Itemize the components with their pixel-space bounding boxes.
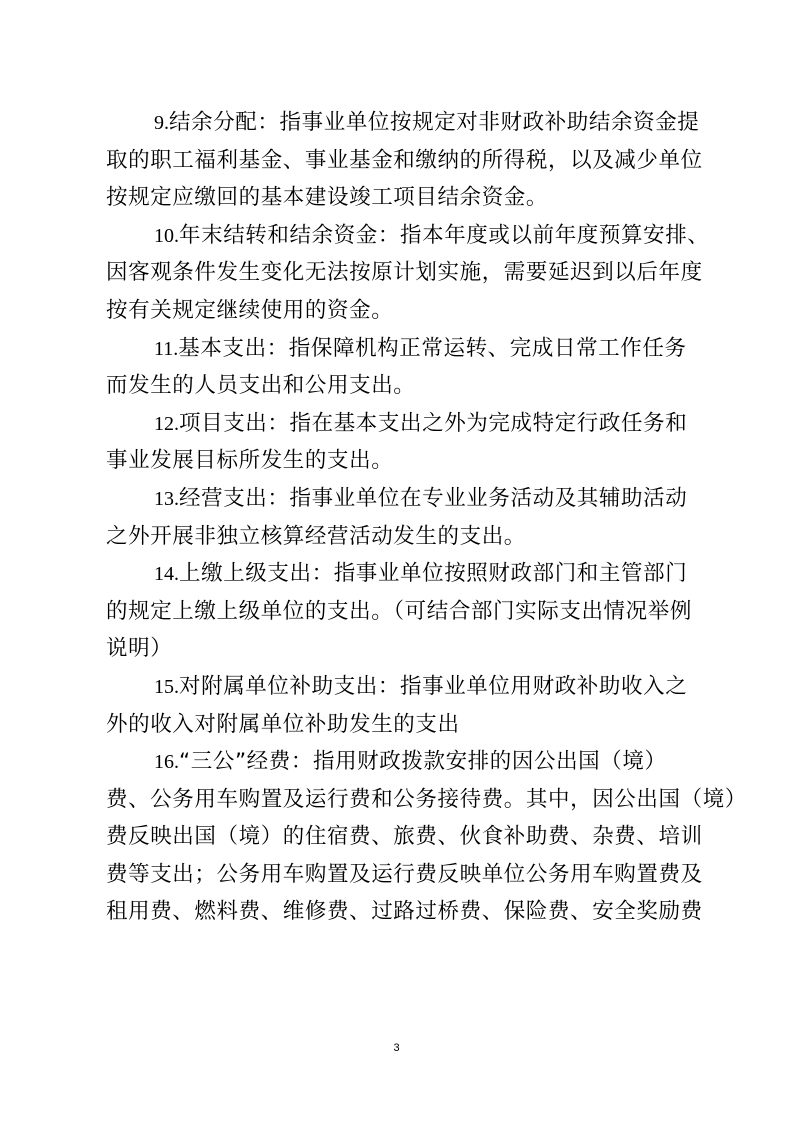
line-text: 项目支出：指在基本支出之外为完成特定行政任务和 (179, 411, 687, 436)
document-body: 9.结余分配：指事业单位按规定对非财政补助结余资金提 取的职工福利基金、事业基金… (106, 104, 682, 931)
line-text: 而发生的人员支出和公用支出。 (106, 373, 415, 398)
document-page: 9.结余分配：指事业单位按规定对非财政补助结余资金提 取的职工福利基金、事业基金… (0, 0, 793, 1122)
item-number: 12. (154, 413, 179, 435)
line-text: 费、公务用车购置及运行费和公务接待费。其中，因公出国（境） (106, 787, 747, 812)
definition-item-11: 11.基本支出：指保障机构正常运转、完成日常工作任务 而发生的人员支出和公用支出… (106, 330, 682, 405)
line-text: 结余分配：指事业单位按规定对非财政补助结余资金提 (169, 110, 699, 135)
item-number: 15. (154, 676, 179, 698)
page-number: 3 (0, 1042, 793, 1054)
item-number: 11. (154, 338, 178, 360)
definition-item-13: 13.经营支出：指事业单位在专业业务活动及其辅助活动 之外开展非独立核算经营活动… (106, 480, 682, 555)
paragraph-first-line: 16.“三公”经费：指用财政拨款安排的因公出国（境） (106, 743, 682, 781)
line-text: 费反映出国（境）的住宿费、旅费、伙食补助费、杂费、培训 (106, 824, 703, 849)
paragraph-line: 之外开展非独立核算经营活动发生的支出。 (106, 518, 682, 556)
line-text: 取的职工福利基金、事业基金和缴纳的所得税，以及减少单位 (106, 148, 703, 173)
line-text: 按有关规定继续使用的资金。 (106, 298, 393, 323)
paragraph-first-line: 10.年末结转和结余资金：指本年度或以前年度预算安排、 (106, 217, 682, 255)
line-text: 对附属单位补助支出：指事业单位用财政补助收入之 (179, 674, 687, 699)
paragraph-line: 租用费、燃料费、维修费、过路过桥费、保险费、安全奖励费 (106, 893, 682, 931)
definition-item-12: 12.项目支出：指在基本支出之外为完成特定行政任务和 事业发展目标所发生的支出。 (106, 405, 682, 480)
line-text: “三公”经费：指用财政拨款安排的因公出国（境） (179, 749, 667, 774)
paragraph-first-line: 13.经营支出：指事业单位在专业业务活动及其辅助活动 (106, 480, 682, 518)
line-text: 上缴上级支出：指事业单位按照财政部门和主管部门 (179, 561, 687, 586)
line-text: 外的收入对附属单位补助发生的支出 (106, 712, 460, 737)
definition-item-16: 16.“三公”经费：指用财政拨款安排的因公出国（境） 费、公务用车购置及运行费和… (106, 743, 682, 931)
paragraph-first-line: 15.对附属单位补助支出：指事业单位用财政补助收入之 (106, 668, 682, 706)
paragraph-first-line: 14.上缴上级支出：指事业单位按照财政部门和主管部门 (106, 555, 682, 593)
paragraph-line: 费反映出国（境）的住宿费、旅费、伙食补助费、杂费、培训 (106, 818, 682, 856)
paragraph-line: 的规定上缴上级单位的支出。（可结合部门实际支出情况举例 (106, 593, 682, 631)
paragraph-line: 因客观条件发生变化无法按原计划实施，需要延迟到以后年度 (106, 254, 682, 292)
line-text: 的规定上缴上级单位的支出。（可结合部门实际支出情况举例 (106, 599, 692, 624)
line-text: 说明） (106, 636, 172, 661)
item-number: 10. (154, 225, 179, 247)
definition-item-14: 14.上缴上级支出：指事业单位按照财政部门和主管部门 的规定上缴上级单位的支出。… (106, 555, 682, 668)
paragraph-first-line: 12.项目支出：指在基本支出之外为完成特定行政任务和 (106, 405, 682, 443)
paragraph-line: 费、公务用车购置及运行费和公务接待费。其中，因公出国（境） (106, 781, 682, 819)
paragraph-first-line: 11.基本支出：指保障机构正常运转、完成日常工作任务 (106, 330, 682, 368)
line-text: 租用费、燃料费、维修费、过路过桥费、保险费、安全奖励费 (106, 899, 703, 924)
item-number: 16. (154, 751, 179, 773)
line-text: 年末结转和结余资金：指本年度或以前年度预算安排、 (179, 223, 709, 248)
item-number: 13. (154, 488, 179, 510)
paragraph-line: 而发生的人员支出和公用支出。 (106, 367, 682, 405)
line-text: 事业发展目标所发生的支出。 (106, 448, 393, 473)
paragraph-line: 按有关规定继续使用的资金。 (106, 292, 682, 330)
paragraph-line: 费等支出；公务用车购置及运行费反映单位公务用车购置费及 (106, 856, 682, 894)
paragraph-line: 说明） (106, 630, 682, 668)
line-text: 按规定应缴回的基本建设竣工项目结余资金。 (106, 185, 548, 210)
paragraph-line: 按规定应缴回的基本建设竣工项目结余资金。 (106, 179, 682, 217)
definition-item-10: 10.年末结转和结余资金：指本年度或以前年度预算安排、 因客观条件发生变化无法按… (106, 217, 682, 330)
line-text: 因客观条件发生变化无法按原计划实施，需要延迟到以后年度 (106, 260, 703, 285)
paragraph-line: 外的收入对附属单位补助发生的支出 (106, 706, 682, 744)
definition-item-9: 9.结余分配：指事业单位按规定对非财政补助结余资金提 取的职工福利基金、事业基金… (106, 104, 682, 217)
paragraph-first-line: 9.结余分配：指事业单位按规定对非财政补助结余资金提 (106, 104, 682, 142)
item-number: 9. (154, 112, 169, 134)
line-text: 基本支出：指保障机构正常运转、完成日常工作任务 (178, 336, 686, 361)
paragraph-line: 取的职工福利基金、事业基金和缴纳的所得税，以及减少单位 (106, 142, 682, 180)
line-text: 费等支出；公务用车购置及运行费反映单位公务用车购置费及 (106, 862, 703, 887)
definition-item-15: 15.对附属单位补助支出：指事业单位用财政补助收入之 外的收入对附属单位补助发生… (106, 668, 682, 743)
item-number: 14. (154, 563, 179, 585)
paragraph-line: 事业发展目标所发生的支出。 (106, 442, 682, 480)
line-text: 之外开展非独立核算经营活动发生的支出。 (106, 524, 526, 549)
line-text: 经营支出：指事业单位在专业业务活动及其辅助活动 (179, 486, 687, 511)
